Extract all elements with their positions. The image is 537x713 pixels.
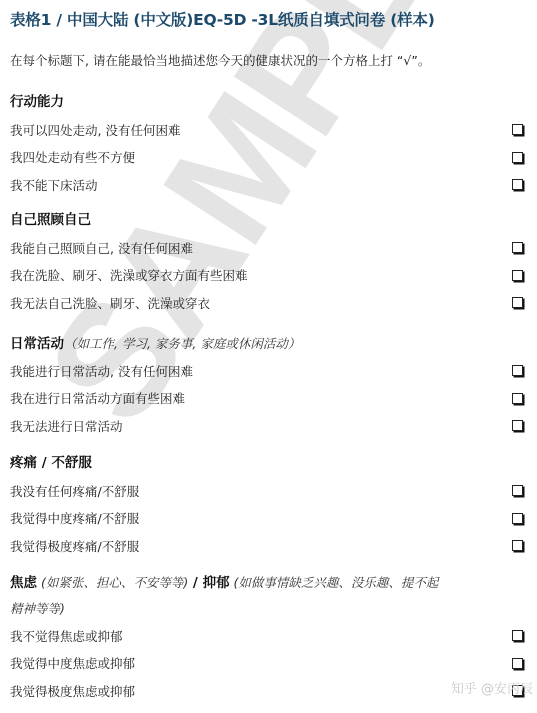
option-label: 我不能下床活动: [10, 176, 98, 194]
section-heading: 日常活动（如工作, 学习, 家务事, 家庭或休闲活动）: [10, 330, 527, 357]
option-label: 我在洗脸、刷牙、洗澡或穿衣方面有些困难: [10, 266, 248, 284]
checkbox[interactable]: [512, 420, 523, 431]
heading-text: 焦虑: [10, 575, 37, 591]
heading-text: 自己照顾自己: [10, 212, 91, 228]
section-pain-discomfort: 疼痛 / 不舒服 我没有任何疼痛/不舒服 我觉得中度疼痛/不舒服 我觉得极度疼痛…: [10, 450, 527, 560]
section-usual-activities: 日常活动（如工作, 学习, 家务事, 家庭或休闲活动） 我能进行日常活动, 没有…: [10, 330, 527, 440]
source-credit-watermark: 知乎 @安丙辰: [451, 678, 533, 697]
option-label: 我觉得中度焦虑或抑郁: [10, 654, 135, 672]
heading-text: 行动能力: [10, 94, 64, 110]
option-row[interactable]: 我在进行日常活动方面有些困难: [10, 385, 527, 413]
option-label: 我觉得中度疼痛/不舒服: [10, 509, 139, 527]
option-label: 我觉得极度疼痛/不舒服: [10, 537, 139, 555]
section-mobility: 行动能力 我可以四处走动, 没有任何困难 我四处走动有些不方便 我不能下床活动: [10, 89, 527, 199]
option-row[interactable]: 我不觉得焦虑或抑郁: [10, 622, 527, 650]
heading-note: （如工作, 学习, 家务事, 家庭或休闲活动）: [64, 336, 300, 351]
option-label: 我无法进行日常活动: [10, 417, 123, 435]
heading-note: (如紧张、担心、不安等等): [37, 575, 188, 590]
option-label: 我能自己照顾自己, 没有任何困难: [10, 239, 193, 257]
section-heading: 疼痛 / 不舒服: [10, 450, 527, 477]
section-heading: 焦虑 (如紧张、担心、不安等等) / 抑郁 (如做事情缺乏兴趣、没乐趣、提不起精…: [10, 570, 440, 622]
checkbox[interactable]: [512, 124, 523, 135]
section-anxiety-depression: 焦虑 (如紧张、担心、不安等等) / 抑郁 (如做事情缺乏兴趣、没乐趣、提不起精…: [10, 570, 527, 705]
checkbox[interactable]: [512, 658, 523, 669]
section-heading: 行动能力: [10, 89, 527, 116]
section-heading: 自己照顾自己: [10, 207, 527, 234]
checkbox[interactable]: [512, 179, 523, 190]
option-row[interactable]: 我在洗脸、刷牙、洗澡或穿衣方面有些困难: [10, 262, 527, 290]
checkbox[interactable]: [512, 540, 523, 551]
form-title: 表格1 / 中国大陆 (中文版)EQ-5D -3L纸质自填式问卷 (样本): [10, 8, 435, 30]
checkbox[interactable]: [512, 270, 523, 281]
option-label: 我觉得极度焦虑或抑郁: [10, 682, 135, 700]
instruction-text: 在每个标题下, 请在能最恰当地描述您今天的健康状况的一个方格上打 “√”。: [10, 51, 430, 69]
checkbox[interactable]: [512, 365, 523, 376]
option-row[interactable]: 我无法自己洗脸、刷牙、洗澡或穿衣: [10, 289, 527, 317]
option-label: 我能进行日常活动, 没有任何困难: [10, 362, 193, 380]
option-label: 我在进行日常活动方面有些困难: [10, 389, 185, 407]
checkbox[interactable]: [512, 485, 523, 496]
option-row[interactable]: 我觉得极度疼痛/不舒服: [10, 532, 527, 560]
option-row[interactable]: 我能进行日常活动, 没有任何困难: [10, 357, 527, 385]
heading-text: 疼痛 / 不舒服: [10, 455, 92, 471]
option-label: 我可以四处走动, 没有任何困难: [10, 121, 180, 139]
checkbox[interactable]: [512, 297, 523, 308]
option-row[interactable]: 我能自己照顾自己, 没有任何困难: [10, 234, 527, 262]
option-row[interactable]: 我无法进行日常活动: [10, 412, 527, 440]
option-label: 我无法自己洗脸、刷牙、洗澡或穿衣: [10, 294, 210, 312]
option-label: 我不觉得焦虑或抑郁: [10, 627, 123, 645]
option-row[interactable]: 我觉得极度焦虑或抑郁: [10, 677, 527, 705]
checkbox[interactable]: [512, 152, 523, 163]
option-label: 我四处走动有些不方便: [10, 148, 135, 166]
option-row[interactable]: 我没有任何疼痛/不舒服: [10, 477, 527, 505]
option-row[interactable]: 我不能下床活动: [10, 171, 527, 199]
checkbox[interactable]: [512, 630, 523, 641]
option-row[interactable]: 我四处走动有些不方便: [10, 144, 527, 172]
heading-text: 日常活动: [10, 336, 64, 352]
heading-text-2: / 抑郁: [188, 575, 229, 591]
option-row[interactable]: 我觉得中度疼痛/不舒服: [10, 505, 527, 533]
checkbox[interactable]: [512, 393, 523, 404]
option-row[interactable]: 我可以四处走动, 没有任何困难: [10, 116, 527, 144]
checkbox[interactable]: [512, 513, 523, 524]
checkbox[interactable]: [512, 242, 523, 253]
section-self-care: 自己照顾自己 我能自己照顾自己, 没有任何困难 我在洗脸、刷牙、洗澡或穿衣方面有…: [10, 207, 527, 317]
option-row[interactable]: 我觉得中度焦虑或抑郁: [10, 650, 527, 678]
option-label: 我没有任何疼痛/不舒服: [10, 482, 139, 500]
